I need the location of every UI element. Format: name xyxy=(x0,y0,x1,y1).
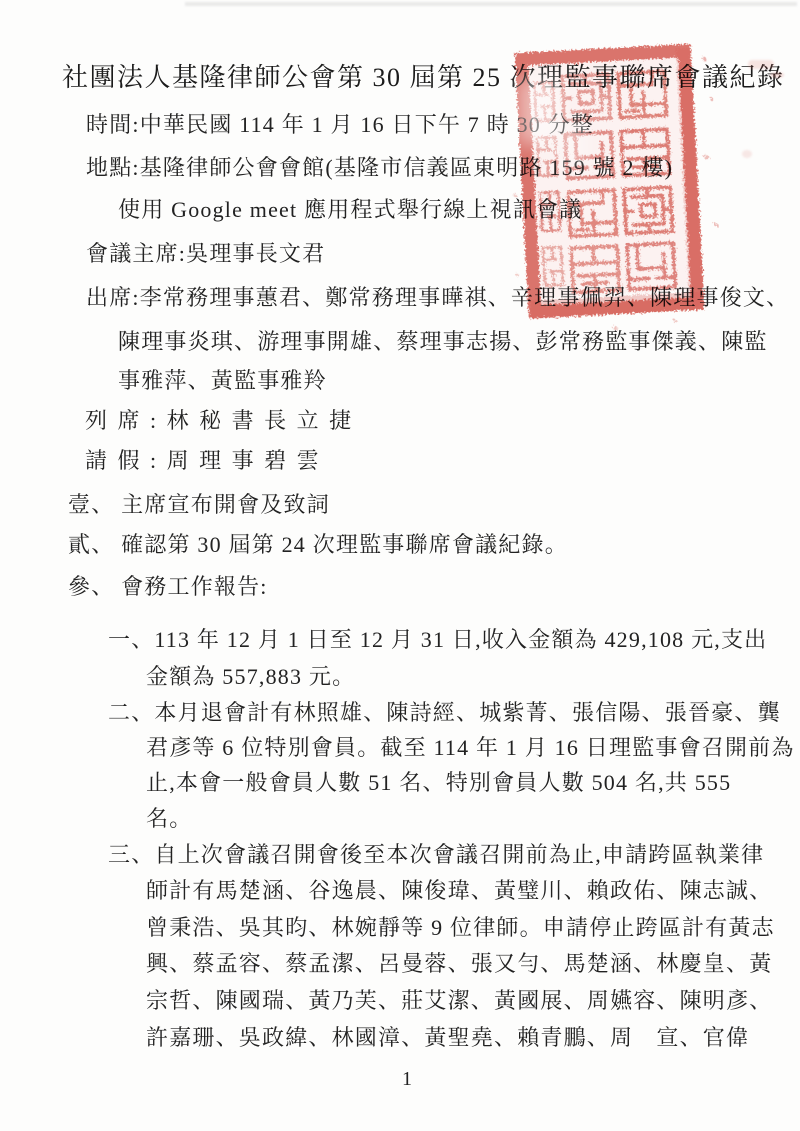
report-3-line-1: 三、自上次會議召開會後至本次會議召開前為止,申請跨區執業律 xyxy=(108,838,764,869)
report-3-line-3: 曾秉浩、吳其昀、林婉靜等 9 位律師。申請停止跨區計有黃志 xyxy=(146,911,775,942)
agenda-item-3: 參、 會務工作報告: xyxy=(68,570,268,601)
report-1-line-2: 金額為 557,883 元。 xyxy=(146,660,355,691)
seal-fade-blotch xyxy=(560,120,586,166)
report-3-line-5: 宗哲、陳國瑞、黃乃芙、莊艾潔、黃國展、周嬿容、陳明彥、 xyxy=(146,984,772,1015)
on-leave-line: 請假:周理事碧雲 xyxy=(85,444,329,475)
report-2-line-4: 名。 xyxy=(146,802,192,833)
scan-smudge-artifact xyxy=(185,2,797,6)
stray-ink-speck xyxy=(770,72,784,78)
scanned-document-page: 社團法人基隆律師公會第 30 屆第 25 次理監事聯席會議紀錄 時間:中華民國 … xyxy=(0,0,800,1131)
report-2-line-2: 君彥等 6 位特別會員。截至 114 年 1 月 16 日理監事會召開前為 xyxy=(146,731,795,762)
stray-ink-speck xyxy=(742,150,752,158)
report-3-line-2: 師計有馬楚涵、谷逸晨、陳俊瑋、黃璧川、賴政佑、陳志誠、 xyxy=(146,874,772,905)
report-2-line-3: 止,本會一般會員人數 51 名、特別會員人數 504 名,共 555 xyxy=(146,766,731,797)
report-1-line-1: 一、113 年 12 月 1 日至 12 月 31 日,收入金額為 429,10… xyxy=(108,623,767,654)
attendees-line-3: 事雅萍、黃監事雅羚 xyxy=(118,364,327,395)
report-3-line-4: 興、蔡孟容、蔡孟潔、呂曼蓉、張又勻、馬楚涵、林慶皇、黃 xyxy=(146,947,772,978)
page-number: 1 xyxy=(402,1068,412,1091)
report-2-line-1: 二、本月退會計有林照雄、陳詩經、城紫菁、張信陽、張晉豪、龔 xyxy=(108,696,781,727)
agenda-item-1: 壹、 主席宣布開會及致詞 xyxy=(68,488,330,519)
report-3-line-6: 許嘉珊、吳政緯、林國漳、黃聖堯、賴青鵬、周 宣、官偉 xyxy=(146,1021,749,1052)
observers-line: 列席:林秘書長立捷 xyxy=(85,404,362,435)
seal-fade-blotch xyxy=(518,78,560,144)
meeting-chair-line: 會議主席:吳理事長文君 xyxy=(86,237,325,268)
stray-ink-speck xyxy=(748,60,774,69)
agenda-item-2: 貳、 確認第 30 屆第 24 次理監事聯席會議紀錄。 xyxy=(68,528,568,559)
